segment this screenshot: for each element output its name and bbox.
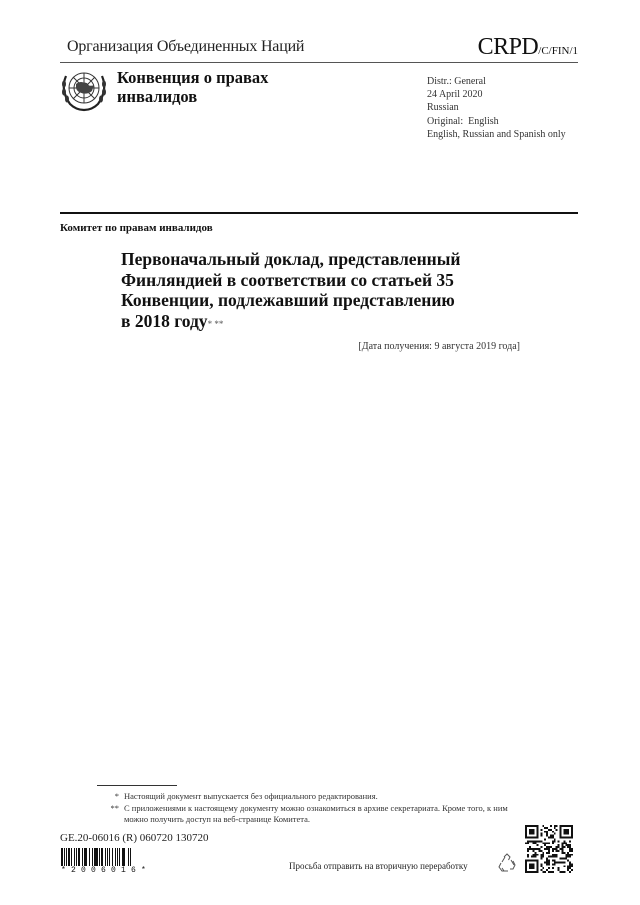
footnote: * Настоящий документ выпускается без офи… — [97, 791, 517, 803]
symbol-main: CRPD — [478, 34, 539, 60]
distr-date: 24 April 2020 — [427, 88, 566, 101]
distr-original: Original: English — [427, 115, 566, 128]
title-line3: Конвенции, подлежавший представлению — [121, 290, 541, 311]
title-line4: в 2018 году — [121, 311, 208, 331]
title-rule — [60, 212, 578, 214]
document-symbol: CRPD/C/FIN/1 — [478, 34, 578, 61]
document-title: Первоначальный доклад, представленный Фи… — [121, 249, 541, 334]
distr-language: Russian — [427, 101, 566, 114]
distr-status: Distr.: General — [427, 75, 566, 88]
body-name-line2: инвалидов — [117, 87, 268, 106]
footnote-rule — [97, 785, 177, 786]
barcode-text: *2006016* — [61, 866, 151, 875]
footnote: ** С приложениями к настоящему документу… — [97, 803, 517, 826]
distribution-block: Distr.: General 24 April 2020 Russian Or… — [427, 75, 566, 141]
title-line1: Первоначальный доклад, представленный — [121, 249, 541, 270]
un-emblem-icon — [58, 66, 110, 114]
recycle-icon — [496, 852, 518, 874]
footnote-mark: ** — [97, 803, 124, 826]
footnote-marks: * ** — [208, 319, 224, 329]
body-name-line1: Конвенция о правах — [117, 68, 268, 87]
date-received: [Дата получения: 9 августа 2019 года] — [358, 341, 520, 352]
barcode-icon — [61, 848, 157, 866]
title-line2: Финляндией в соответствии со статьей 35 — [121, 270, 541, 291]
recycle-text: Просьба отправить на вторичную переработ… — [289, 861, 468, 871]
distr-languages-only: English, Russian and Spanish only — [427, 128, 566, 141]
header-rule — [60, 62, 578, 63]
symbol-sub: /C/FIN/1 — [538, 45, 578, 57]
footnote-text: Настоящий документ выпускается без офици… — [124, 791, 378, 803]
footnotes: * Настоящий документ выпускается без офи… — [97, 791, 517, 826]
committee-name: Комитет по правам инвалидов — [60, 222, 213, 234]
organization-name: Организация Объединенных Наций — [67, 38, 304, 56]
qr-code-icon — [525, 825, 573, 873]
footnote-text: С приложениями к настоящему документу мо… — [124, 803, 517, 826]
job-number: GE.20-06016 (R) 060720 130720 — [60, 832, 209, 844]
footnote-mark: * — [97, 791, 124, 803]
treaty-body-name: Конвенция о правах инвалидов — [117, 68, 268, 106]
